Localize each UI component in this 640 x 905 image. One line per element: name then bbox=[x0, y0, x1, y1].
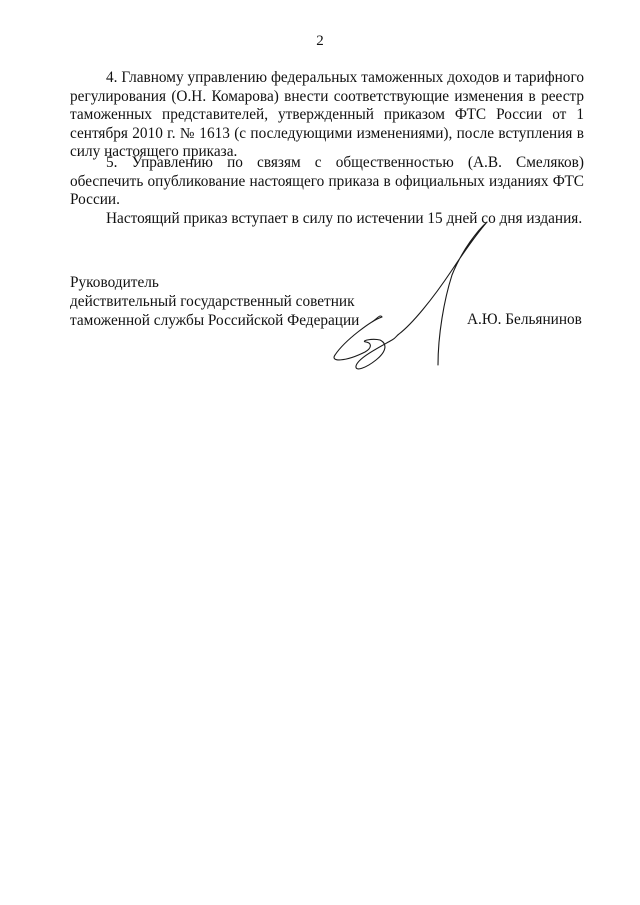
signatory-title: Руководитель действительный государствен… bbox=[70, 273, 359, 330]
paragraph-item-5-text: 5. Управлению по связям с общественность… bbox=[70, 154, 584, 208]
paragraph-item-5: 5. Управлению по связям с общественность… bbox=[70, 154, 584, 210]
effective-clause: Настоящий приказ вступает в силу по исте… bbox=[106, 210, 586, 228]
page-number: 2 bbox=[0, 33, 640, 50]
signatory-title-line-3: таможенной службы Российской Федерации bbox=[70, 311, 359, 330]
paragraph-item-4-text: 4. Главному управлению федеральных тамож… bbox=[70, 69, 584, 160]
signer-name: А.Ю. Бельянинов bbox=[467, 311, 582, 329]
signatory-title-line-1: Руководитель bbox=[70, 273, 359, 292]
paragraph-item-4: 4. Главному управлению федеральных тамож… bbox=[70, 69, 584, 162]
signatory-title-line-2: действительный государственный советник bbox=[70, 292, 359, 311]
